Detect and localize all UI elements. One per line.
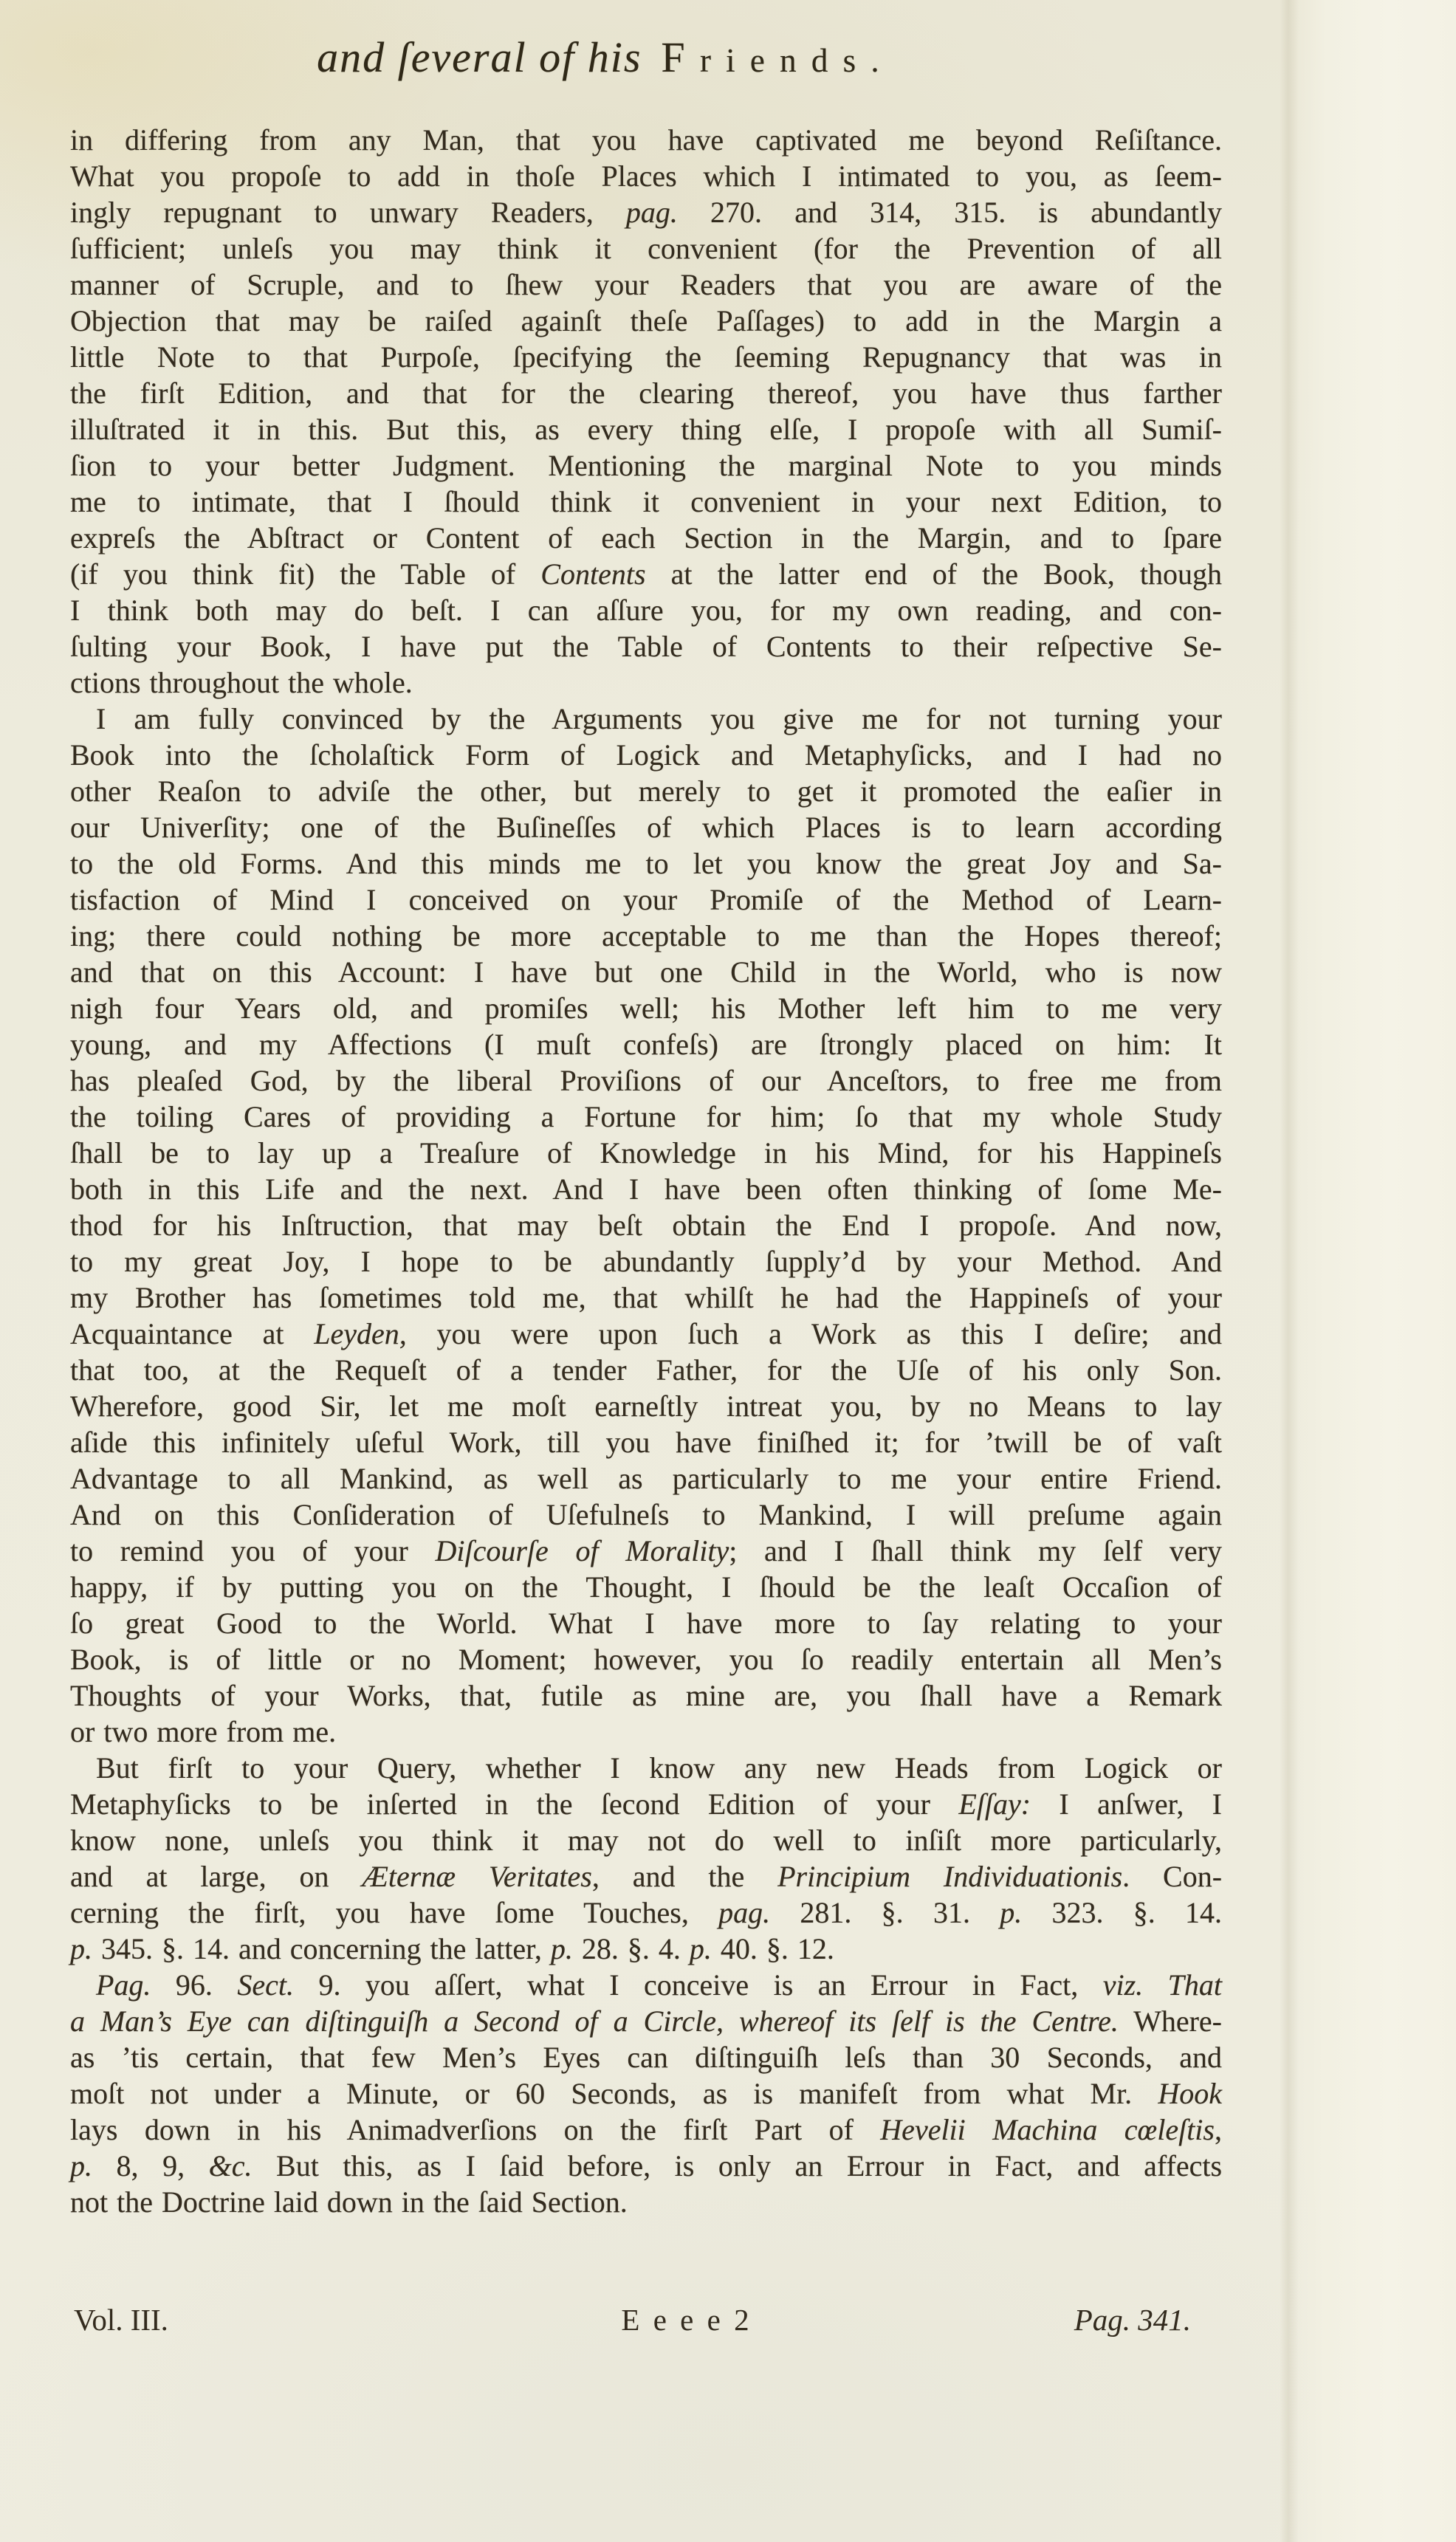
text-segment-italic: p. [70,1932,92,1965]
text-segment: Acquaintance at [70,1317,314,1350]
text-segment-italic: Hevelii Machina cœleſtis [880,2113,1215,2146]
text-segment: Thoughts of your Works, that, futile as … [70,1679,1222,1712]
text-segment: Where- [1119,2005,1222,2038]
text-line: Thoughts of your Works, that, futile as … [70,1677,1222,1714]
text-line: me to intimate, that I ſhould think it c… [70,484,1222,520]
text-segment: 281. §. 31. [770,1896,1000,1929]
text-segment-italic: a Man’s Eye can diſtinguiſh a Second of … [70,2005,1119,2038]
text-line: Pag. 96. Sect. 9. you aſſert, what I con… [70,1967,1222,2003]
text-line: Metaphyſicks to be inſerted in the ſecon… [70,1786,1222,1822]
text-segment-italic: pag. [718,1896,770,1929]
text-segment: manner of Scruple, and to ſhew your Read… [70,268,1222,301]
text-segment: Objection that may be raiſed againſt the… [70,304,1222,337]
text-line: the toiling Cares of providing a Fortune… [70,1099,1222,1135]
text-line: ſulting your Book, I have put the Table … [70,628,1222,664]
text-line: ing; there could nothing be more accepta… [70,918,1222,954]
page-edge [1290,0,1456,2542]
text-segment: me to intimate, that I ſhould think it c… [70,485,1222,518]
text-segment: little Note to that Purpoſe, ſpecifying … [70,340,1222,374]
text-segment-italic: Æternæ Veritates [362,1860,592,1893]
text-line: Objection that may be raiſed againſt the… [70,303,1222,339]
text-line: ſo great Good to the World. What I have … [70,1605,1222,1641]
text-segment: the toiling Cares of providing a Fortune… [70,1100,1222,1133]
text-segment: in differing from any Man, that you have… [70,123,1222,157]
text-segment-italic: Leyden, [314,1317,407,1350]
text-segment: ſion to your better Judgment. Mentioning… [70,449,1222,482]
text-segment: expreſs the Abſtract or Content of each … [70,521,1222,554]
text-line: thod for his Inſtruction, that may beſt … [70,1207,1222,1243]
text-segment: I think both may do beſt. I can aſſure y… [70,594,1222,627]
text-segment: ſhall be to lay up a Treaſure of Knowled… [70,1136,1222,1169]
text-line: (if you think fit) the Table of Contents… [70,556,1222,592]
text-line: as ’tis certain, that few Men’s Eyes can… [70,2039,1222,2075]
text-segment: Wherefore, good Sir, let me moſt earneſt… [70,1389,1222,1423]
text-segment: young, and my Affections (I muſt confeſs… [70,1028,1222,1061]
text-segment-italic: Sect. [237,1968,294,2002]
text-segment: But this, as I ſaid before, is only an E… [253,2149,1223,2182]
text-segment: (if you think fit) the Table of [70,557,540,591]
text-line: ctions throughout the whole. [70,664,1222,701]
text-segment: tisfaction of Mind I conceived on your P… [70,883,1222,916]
book-page-scan: and ſeveral of his Friends. 511 in diffe… [0,0,1456,2542]
text-line: aſide this infinitely uſeful Work, till … [70,1424,1222,1460]
text-segment: cerning the firſt, you have ſome Touches… [70,1896,718,1929]
text-segment: Metaphyſicks to be inſerted in the ſecon… [70,1787,958,1821]
text-line: a Man’s Eye can diſtinguiſh a Second of … [70,2003,1222,2039]
text-line: illuſtrated it in this. But this, as eve… [70,411,1222,447]
text-segment: not the Doctrine laid down in the ſaid S… [70,2185,628,2219]
text-segment-italic: Hook [1158,2077,1222,2110]
text-line: ſufficient; unleſs you may think it conv… [70,230,1222,267]
text-segment: as ’tis certain, that few Men’s Eyes can… [70,2041,1222,2074]
text-segment: my Brother has ſometimes told me, that w… [70,1281,1222,1314]
text-line: not the Doctrine laid down in the ſaid S… [70,2184,1222,2220]
running-title-italic: and ſeveral of his [317,32,642,82]
text-segment: I am fully convinced by the Arguments yo… [96,702,1222,735]
text-segment: 345. §. 14. and concerning the latter, [92,1932,551,1965]
text-segment: to the old Forms. And this minds me to l… [70,847,1222,880]
text-segment: ſo great Good to the World. What I have … [70,1607,1222,1640]
text-segment-italic: p. [551,1932,573,1965]
text-line: the firſt Edition, and that for the clea… [70,375,1222,411]
text-segment: 40. §. 12. [712,1932,834,1965]
text-line: Acquaintance at Leyden, you were upon ſu… [70,1316,1222,1352]
page-text: in differing from any Man, that you have… [70,122,1222,2220]
text-segment: ingly repugnant to unwary Readers, [70,196,626,229]
text-line: to remind you of your Diſcourſe of Moral… [70,1533,1222,1569]
text-segment: that too, at the Requeſt of a tender Fat… [70,1353,1222,1387]
text-line: ſhall be to lay up a Treaſure of Knowled… [70,1135,1222,1171]
page-reference: Pag. 341. [1074,2302,1191,2337]
running-title: and ſeveral of his Friends. [317,32,894,82]
text-segment: lays down in his Animadverſions on the f… [70,2113,880,2146]
text-line: What you propoſe to add in thoſe Places … [70,158,1222,194]
text-line: know none, unleſs you think it may not d… [70,1822,1222,1858]
text-line: moſt not under a Minute, or 60 Seconds, … [70,2075,1222,2112]
text-segment-italic: p. [690,1932,712,1965]
page-header: and ſeveral of his Friends. 511 [70,32,1222,99]
text-segment: know none, unleſs you think it may not d… [70,1824,1222,1857]
text-segment: 9. you aſſert, what I conceive is an Err… [294,1968,1103,2002]
text-line: tisfaction of Mind I conceived on your P… [70,882,1222,918]
text-line: expreſs the Abſtract or Content of each … [70,520,1222,556]
text-segment: What you propoſe to add in thoſe Places … [70,159,1222,193]
text-segment: to remind you of your [70,1534,435,1567]
text-line: young, and my Affections (I muſt confeſs… [70,1026,1222,1062]
text-segment-italic: Contents [540,557,645,591]
text-line: other Reaſon to adviſe the other, but me… [70,773,1222,809]
text-segment: the firſt Edition, and that for the clea… [70,377,1222,410]
text-line: Wherefore, good Sir, let me moſt earneſt… [70,1388,1222,1424]
text-segment: happy, if by putting you on the Thought,… [70,1570,1222,1604]
text-line: ingly repugnant to unwary Readers, pag. … [70,194,1222,230]
text-segment: other Reaſon to adviſe the other, but me… [70,774,1222,808]
text-line: p. 8, 9, &c. But this, as I ſaid before,… [70,2148,1222,2184]
text-line: And on this Conſideration of Uſefulneſs … [70,1497,1222,1533]
text-line: Book into the ſcholaſtick Form of Logick… [70,737,1222,773]
text-line: and that on this Account: I have but one… [70,954,1222,990]
text-segment: 28. §. 4. [573,1932,690,1965]
text-segment-italic: p. [70,2149,92,2182]
text-segment: aſide this infinitely uſeful Work, till … [70,1426,1222,1459]
text-line: in differing from any Man, that you have… [70,122,1222,158]
text-segment: ; and I ſhall think my ſelf very [729,1534,1222,1567]
text-segment: I anſwer, I [1031,1787,1222,1821]
text-segment-italic: p. [1000,1896,1022,1929]
text-segment: our Univerſity; one of the Buſineſſes of… [70,811,1222,844]
text-segment-italic: Pag. [96,1968,151,2002]
text-segment-italic: Principium Individuationis [777,1860,1122,1893]
text-line: that too, at the Requeſt of a tender Fat… [70,1352,1222,1388]
text-segment: , and the [592,1860,777,1893]
text-line: our Univerſity; one of the Buſineſſes of… [70,809,1222,845]
text-segment: 96. [151,1968,237,2002]
text-segment: and that on this Account: I have but one… [70,955,1222,989]
text-segment-italic: pag. [626,196,678,229]
text-segment: 8, 9, [92,2149,209,2182]
text-line: and at large, on Æternæ Veritates, and t… [70,1858,1222,1895]
text-line: to my great Joy, I hope to be abundantly… [70,1243,1222,1279]
text-line: my Brother has ſometimes told me, that w… [70,1279,1222,1316]
text-segment: But firſt to your Query, whether I know … [96,1751,1222,1784]
text-line: cerning the firſt, you have ſome Touches… [70,1895,1222,1931]
text-segment-italic: viz. That [1103,1968,1222,2002]
text-segment: to my great Joy, I hope to be abundantly… [70,1245,1222,1278]
text-line: both in this Life and the next. And I ha… [70,1171,1222,1207]
text-segment: 270. and 314, 315. is abundantly [678,196,1222,229]
text-line: happy, if by putting you on the Thought,… [70,1569,1222,1605]
text-segment: And on this Conſideration of Uſefulneſs … [70,1498,1222,1531]
page-footer: Vol. III. E e e e 2 Pag. 341. [70,2302,1222,2346]
text-segment: ctions throughout the whole. [70,666,413,699]
text-segment: both in this Life and the next. And I ha… [70,1172,1222,1206]
text-line: I think both may do beſt. I can aſſure y… [70,592,1222,628]
volume-label: Vol. III. [74,2302,168,2337]
text-segment: has pleaſed God, by the liberal Proviſio… [70,1064,1222,1097]
text-segment: Advantage to all Mankind, as well as par… [70,1462,1222,1495]
text-segment-italic: Diſcourſe of Morality [435,1534,729,1567]
text-line: nigh four Years old, and promiſes well; … [70,990,1222,1026]
text-segment-italic: Eſſay: [958,1787,1031,1821]
text-segment: , [1215,2113,1222,2146]
text-segment: illuſtrated it in this. But this, as eve… [70,413,1222,446]
text-segment: ing; there could nothing be more accepta… [70,919,1222,952]
text-segment: or two more from me. [70,1715,336,1748]
text-segment: . Con- [1122,1860,1222,1893]
text-line: to the old Forms. And this minds me to l… [70,845,1222,882]
text-line: But firſt to your Query, whether I know … [70,1750,1222,1786]
text-line: lays down in his Animadverſions on the f… [70,2112,1222,2148]
text-segment: thod for his Inſtruction, that may beſt … [70,1209,1222,1242]
text-segment: ſulting your Book, I have put the Table … [70,630,1222,663]
text-line: manner of Scruple, and to ſhew your Read… [70,267,1222,303]
text-line: Advantage to all Mankind, as well as par… [70,1460,1222,1497]
running-title-caps: Friends. [661,32,894,82]
text-segment: Book into the ſcholaſtick Form of Logick… [70,738,1222,772]
text-line: p. 345. §. 14. and concerning the latter… [70,1931,1222,1967]
text-segment: you were upon ſuch a Work as this I deſi… [407,1317,1222,1350]
text-segment: nigh four Years old, and promiſes well; … [70,992,1222,1025]
signature-mark: E e e e 2 [621,2302,752,2337]
text-line: Book, is of little or no Moment; however… [70,1641,1222,1677]
text-line: has pleaſed God, by the liberal Proviſio… [70,1062,1222,1099]
text-segment-italic: &c. [209,2149,253,2182]
text-segment: Book, is of little or no Moment; however… [70,1643,1222,1676]
text-segment: 323. §. 14. [1022,1896,1222,1929]
text-segment: ſufficient; unleſs you may think it conv… [70,232,1222,265]
text-segment: and at large, on [70,1860,362,1893]
text-segment: moſt not under a Minute, or 60 Seconds, … [70,2077,1158,2110]
text-line: ſion to your better Judgment. Mentioning… [70,447,1222,484]
text-segment: at the latter end of the Book, though [646,557,1222,591]
text-line: little Note to that Purpoſe, ſpecifying … [70,339,1222,375]
text-line: I am fully convinced by the Arguments yo… [70,701,1222,737]
text-line: or two more from me. [70,1714,1222,1750]
